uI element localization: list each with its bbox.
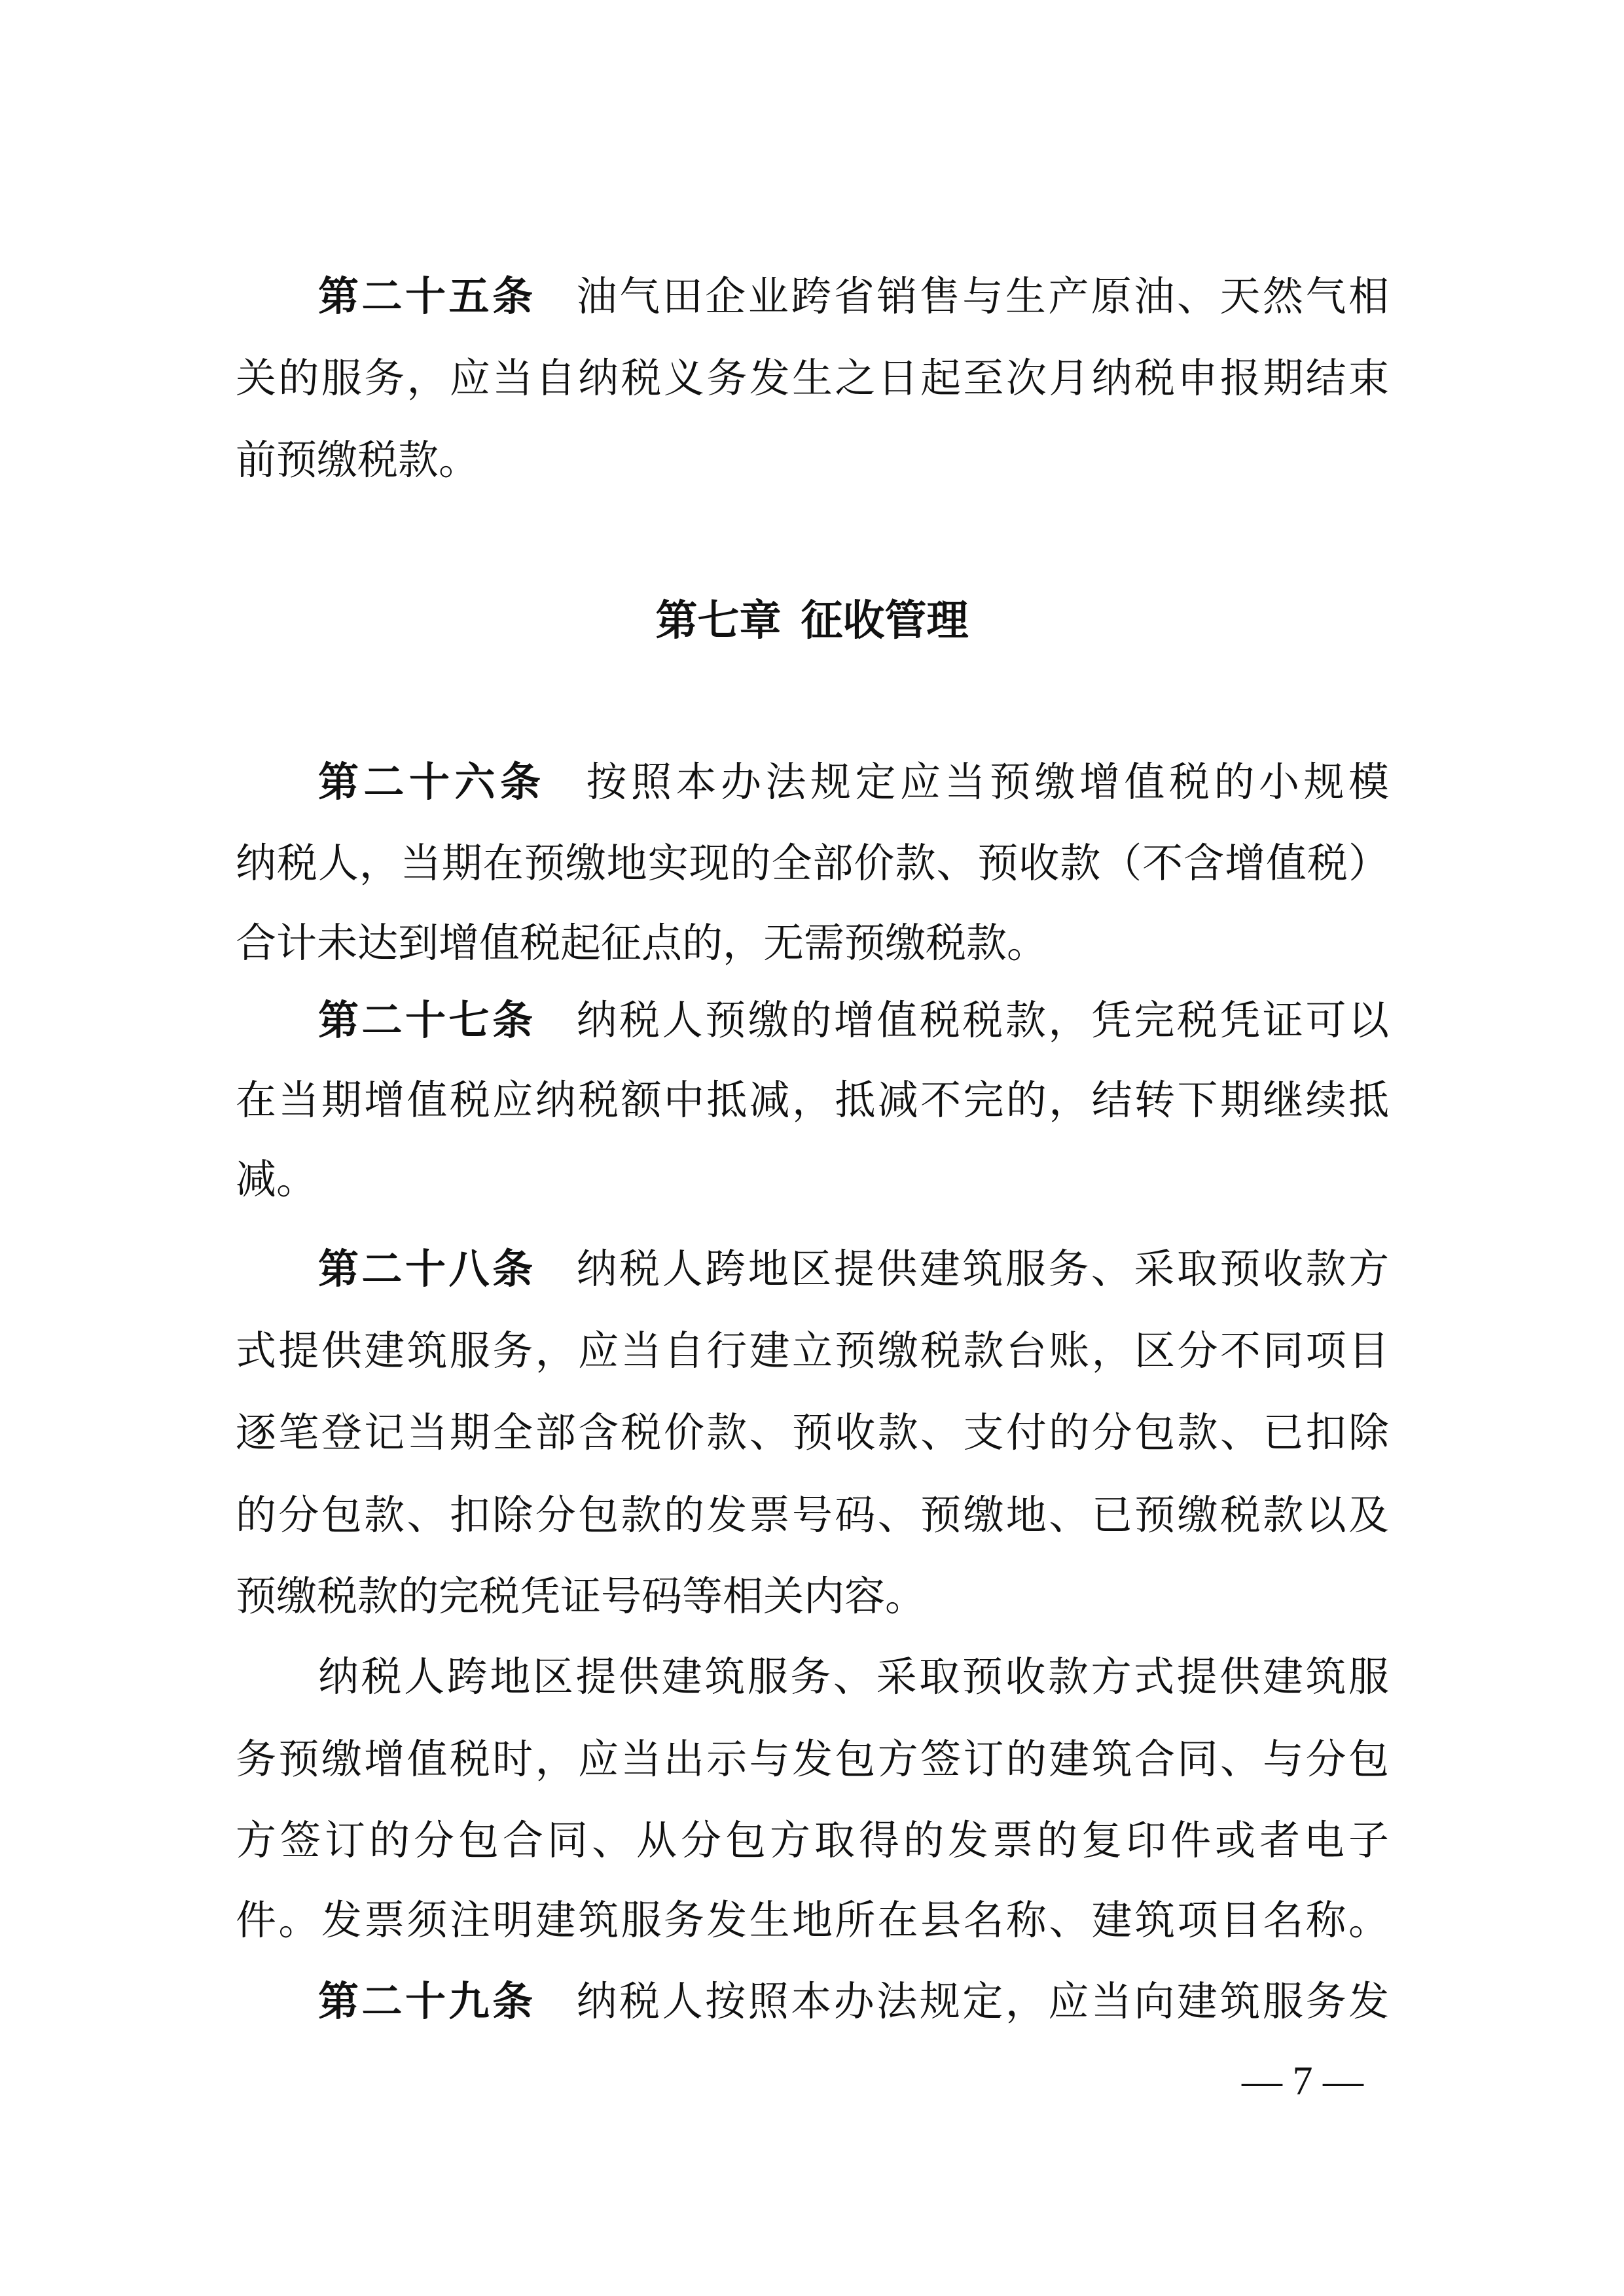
- article-29-label: 第二十九条: [318, 1977, 536, 2025]
- article-26-line-2: 纳税人，当期在预缴地实现的全部价款、预收款（不含增值税）: [236, 823, 1389, 904]
- chapter-number: 第七章: [656, 597, 782, 645]
- article-28-para2-line-4: 件。发票须注明建筑服务发生地所在县名称、建筑项目名称。: [236, 1880, 1389, 1961]
- article-28-line-4: 的分包款、扣除分包款的发票号码、预缴地、已预缴税款以及: [236, 1475, 1389, 1556]
- article-28-para2-line-3: 方签订的分包合同、从分包方取得的发票的复印件或者电子: [236, 1800, 1389, 1881]
- article-29-line-1: 第二十九条纳税人按照本办法规定，应当向建筑服务发: [318, 1961, 1389, 2042]
- article-26-text: 按照本办法规定应当预缴增值税的小规模: [586, 758, 1389, 806]
- article-26-label: 第二十六条: [318, 758, 546, 806]
- article-28-line-5: 预缴税款的完税凭证号码等相关内容。: [236, 1556, 1389, 1637]
- article-25-text: 油气田企业跨省销售与生产原油、天然气相: [577, 272, 1389, 320]
- article-27-label: 第二十七条: [318, 996, 536, 1044]
- article-25-line-1: 第二十五条油气田企业跨省销售与生产原油、天然气相: [318, 256, 1389, 337]
- article-27-text: 纳税人预缴的增值税税款，凭完税凭证可以: [577, 996, 1389, 1044]
- article-28-line-2: 式提供建筑服务，应当自行建立预缴税款台账，区分不同项目: [236, 1310, 1389, 1391]
- chapter-title: 征收管理: [801, 597, 969, 645]
- article-25-line-3: 前预缴税款。: [236, 420, 1389, 501]
- article-28-line-3: 逐笔登记当期全部含税价款、预收款、支付的分包款、已扣除: [236, 1392, 1389, 1473]
- article-26-line-3: 合计未达到增值税起征点的，无需预缴税款。: [236, 903, 1389, 984]
- article-29-text: 纳税人按照本办法规定，应当向建筑服务发: [577, 1977, 1389, 2025]
- article-27-line-1: 第二十七条纳税人预缴的增值税税款，凭完税凭证可以: [318, 980, 1389, 1061]
- article-28-line-1: 第二十八条纳税人跨地区提供建筑服务、采取预收款方: [318, 1229, 1389, 1310]
- page-number: — 7 —: [1231, 2055, 1375, 2108]
- article-27-line-2: 在当期增值税应纳税额中抵减，抵减不完的，结转下期继续抵: [236, 1060, 1389, 1141]
- article-28-text: 纳税人跨地区提供建筑服务、采取预收款方: [577, 1245, 1389, 1293]
- article-28-para2-line-1: 纳税人跨地区提供建筑服务、采取预收款方式提供建筑服: [318, 1636, 1389, 1717]
- article-27-line-3: 减。: [236, 1139, 1389, 1220]
- article-25-label: 第二十五条: [318, 272, 536, 320]
- article-28-para2-line-2: 务预缴增值税时，应当出示与发包方签订的建筑合同、与分包: [236, 1719, 1389, 1800]
- article-28-label: 第二十八条: [318, 1245, 536, 1293]
- document-page: 第二十五条油气田企业跨省销售与生产原油、天然气相 关的服务，应当自纳税义务发生之…: [0, 0, 1624, 2296]
- chapter-heading: 第七章征收管理: [0, 581, 1624, 662]
- article-26-line-1: 第二十六条按照本办法规定应当预缴增值税的小规模: [318, 742, 1389, 823]
- article-25-line-2: 关的服务，应当自纳税义务发生之日起至次月纳税申报期结束: [236, 338, 1389, 419]
